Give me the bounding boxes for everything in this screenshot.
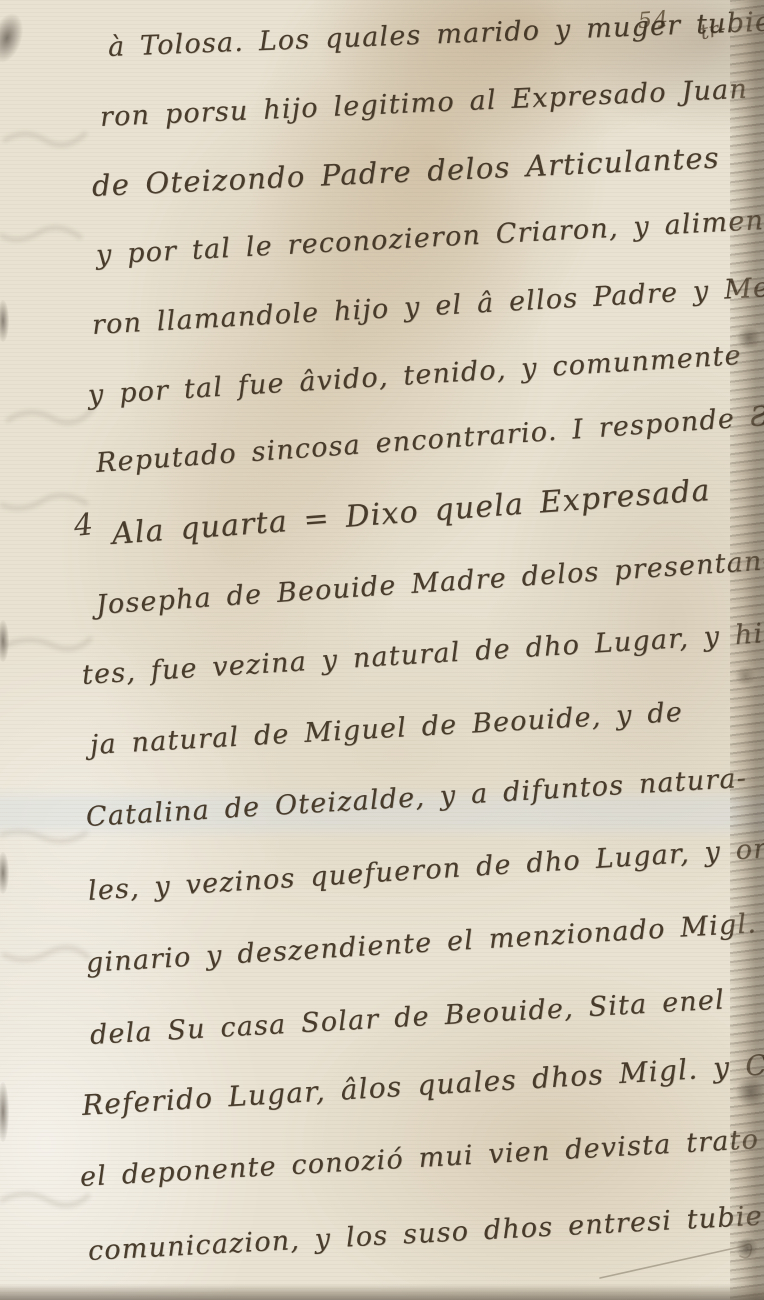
- manuscript-line: y por tal le reconozieron Criaron, y ali…: [95, 205, 764, 269]
- manuscript-line: tes, fue vezina y natural de dho Lugar, …: [81, 620, 764, 689]
- manuscript-line: Josepha de Beouide Madre delos presentan…: [95, 547, 764, 619]
- manuscript-line: Catalina de Oteizalde, y a difuntos natu…: [85, 765, 748, 831]
- page-bottom-edge: [0, 1284, 764, 1300]
- manuscript-line: les, y vezinos quefueron de dho Lugar, y…: [87, 834, 764, 905]
- left-edge-mark: [0, 1082, 9, 1142]
- manuscript-line: ron porsu hijo legitimo al Expresado Jua…: [99, 76, 748, 131]
- manuscript-line: de Oteizondo Padre delos Articulantes: [91, 144, 720, 201]
- left-edge-mark: [0, 300, 9, 342]
- manuscript-line: à Tolosa. Los quales marido y muger tubi…: [107, 8, 764, 61]
- manuscript-line: el deponente conozió mui vien devista tr…: [79, 1124, 764, 1191]
- manuscript-line: ginario y deszendiente el menzionado Mig…: [85, 910, 758, 977]
- manuscript-line: ja natural de Miguel de Beouide, y de: [89, 699, 683, 759]
- manuscript-line: dela Su casa Solar de Beouide, Sita enel: [89, 987, 725, 1049]
- manuscript-line: Reputado sincosa encontrario. I responde…: [95, 403, 764, 477]
- manuscript-line: ron llamandole hijo y el â ellos Padre y…: [91, 274, 764, 339]
- pencil-line: [598, 1236, 764, 1286]
- left-edge-mark: [0, 852, 9, 894]
- top-left-ink-smudge: [0, 9, 29, 68]
- margin-question-number: 4: [72, 507, 95, 544]
- left-edge-mark: [0, 620, 9, 662]
- manuscript-page: 54 tr- 4 à Tolosa. Los quales marido y m…: [0, 0, 764, 1300]
- manuscript-line: y por tal fue âvido, tenido, y comunment…: [87, 342, 742, 409]
- manuscript-line: comunicazion, y los suso dhos entresi tu…: [87, 1200, 764, 1265]
- manuscript-line: Referido Lugar, âlos quales dhos Migl. y…: [81, 1048, 764, 1120]
- manuscript-line: Ala quarta = Dixo quela Expresada: [111, 476, 712, 550]
